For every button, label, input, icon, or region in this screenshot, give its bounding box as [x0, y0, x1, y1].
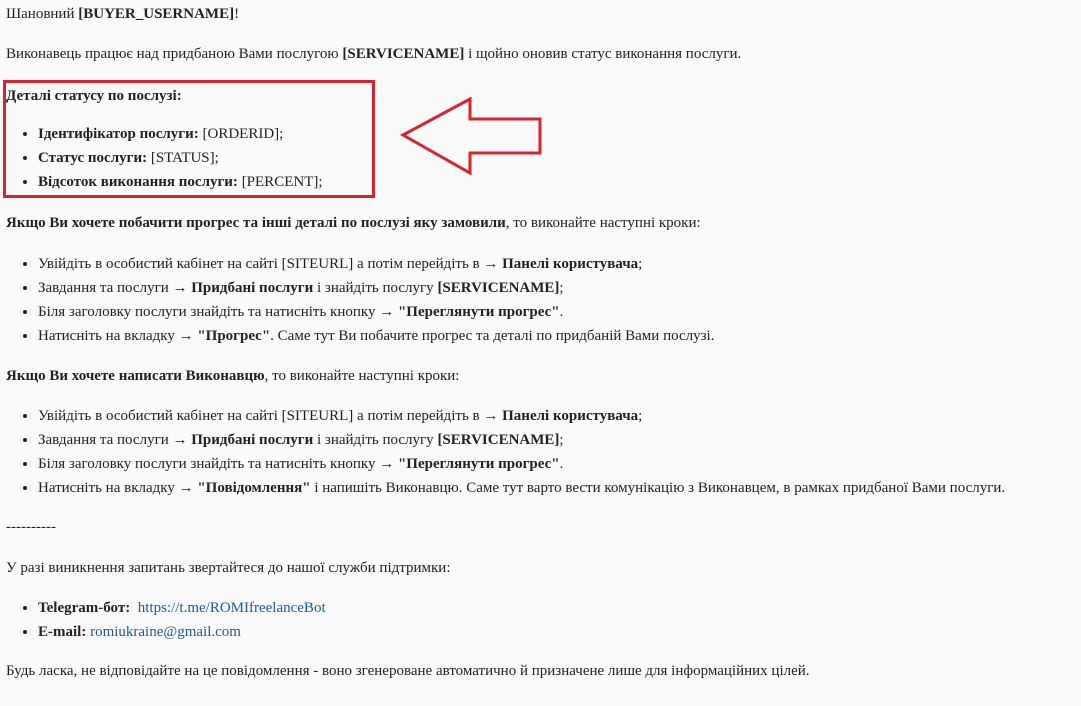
status-item-status: Статус послуги: [STATUS];: [38, 146, 323, 170]
list-item: Біля заголовку послуги знайдіть та натис…: [38, 452, 1005, 476]
footer-note: Будь ласка, не відповідайте на це повідо…: [6, 663, 810, 680]
status-list: Ідентифікатор послуги: [ORDERID]; Статус…: [6, 122, 323, 194]
progress-steps: Увійдіть в особистий кабінет на сайті [S…: [6, 252, 714, 348]
list-item: Завдання та послуги → Придбані послуги і…: [38, 276, 714, 300]
intro-text: Виконавець працює над придбаною Вами пос…: [6, 46, 741, 63]
support-telegram: Telegram-бот: https://t.me/ROMIfreelance…: [38, 596, 326, 620]
list-item: Завдання та послуги → Придбані послуги і…: [38, 428, 1005, 452]
arrow-left-icon: [400, 97, 545, 175]
list-item: Натисніть на вкладку → "Прогрес". Саме т…: [38, 324, 714, 348]
support-list: Telegram-бот: https://t.me/ROMIfreelance…: [6, 596, 326, 644]
progress-heading: Якщо Ви хочете побачити прогрес та інші …: [6, 215, 701, 232]
status-heading: Деталі статусу по послузі:: [6, 88, 182, 105]
message-steps: Увійдіть в особистий кабінет на сайті [S…: [6, 404, 1005, 500]
list-item: Увійдіть в особистий кабінет на сайті [S…: [38, 252, 714, 276]
telegram-link[interactable]: https://t.me/ROMIfreelanceBot: [138, 600, 326, 616]
message-heading: Якщо Ви хочете написати Виконавцю, то ви…: [6, 368, 459, 385]
email-link[interactable]: romiukraine@gmail.com: [90, 624, 241, 640]
status-item-percent: Відсоток виконання послуги: [PERCENT];: [38, 170, 323, 194]
status-item-orderid: Ідентифікатор послуги: [ORDERID];: [38, 122, 323, 146]
list-item: Біля заголовку послуги знайдіть та натис…: [38, 300, 714, 324]
list-item: Натисніть на вкладку → "Повідомлення" і …: [38, 476, 1005, 500]
list-item: Увійдіть в особистий кабінет на сайті [S…: [38, 404, 1005, 428]
divider: ----------: [6, 519, 56, 536]
greeting: Шановний [BUYER_USERNAME]!: [6, 6, 239, 23]
support-text: У разі виникнення запитань звертайтеся д…: [6, 560, 451, 577]
support-email: E-mail: romiukraine@gmail.com: [38, 620, 326, 644]
